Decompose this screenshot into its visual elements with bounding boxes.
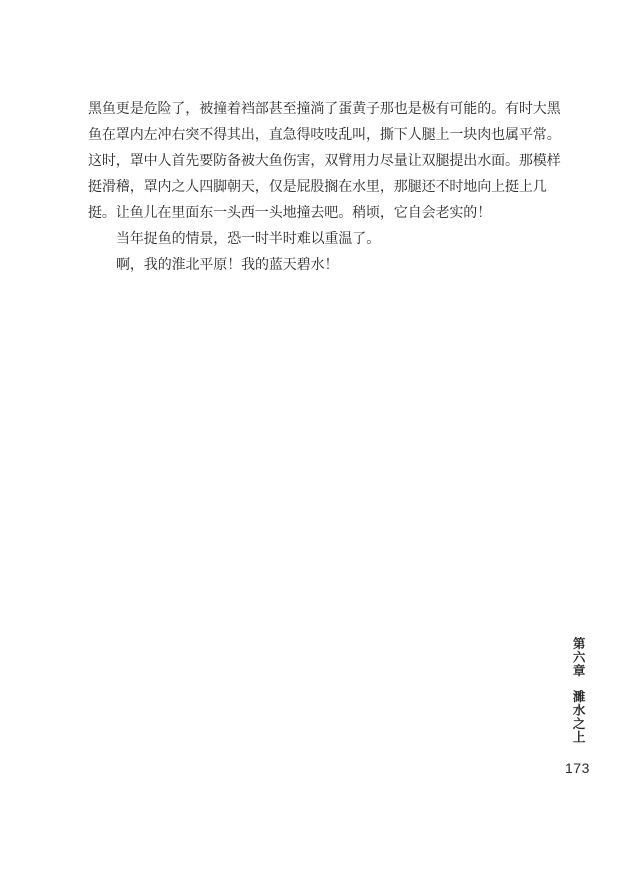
body-text-line: 挺滑稽，罩内之人四脚朝天，仅是屁股搁在水里，那腿还不时地向上挺上几	[88, 175, 562, 201]
book-page: 黑鱼更是危险了，被撞着裆部甚至撞淌了蛋黄子那也是极有可能的。有时大黑 鱼在罩内左…	[0, 0, 634, 891]
chapter-marker: 第六章 濉水之上	[571, 637, 584, 744]
body-text-line: 啊，我的淮北平原！我的蓝天碧水！	[88, 253, 562, 279]
body-text-line: 挺。让鱼儿在里面东一头西一头地撞去吧。稍顷，它自会老实的！	[88, 201, 562, 227]
body-text: 黑鱼更是危险了，被撞着裆部甚至撞淌了蛋黄子那也是极有可能的。有时大黑 鱼在罩内左…	[88, 97, 562, 279]
chapter-title-label: 濉水之上	[571, 690, 584, 744]
chapter-number-label: 第六章	[571, 637, 584, 678]
body-text-line: 这时，罩中人首先要防备被大鱼伤害，双臂用力尽量让双腿提出水面。那模样	[88, 149, 562, 175]
body-text-line: 黑鱼更是危险了，被撞着裆部甚至撞淌了蛋黄子那也是极有可能的。有时大黑	[88, 97, 562, 123]
body-text-line: 鱼在罩内左冲右突不得其出，直急得吱吱乱叫，撕下人腿上一块肉也属平常。	[88, 123, 562, 149]
page-number: 173	[565, 760, 590, 776]
body-text-line: 当年捉鱼的情景，恐一时半时难以重温了。	[88, 227, 562, 253]
